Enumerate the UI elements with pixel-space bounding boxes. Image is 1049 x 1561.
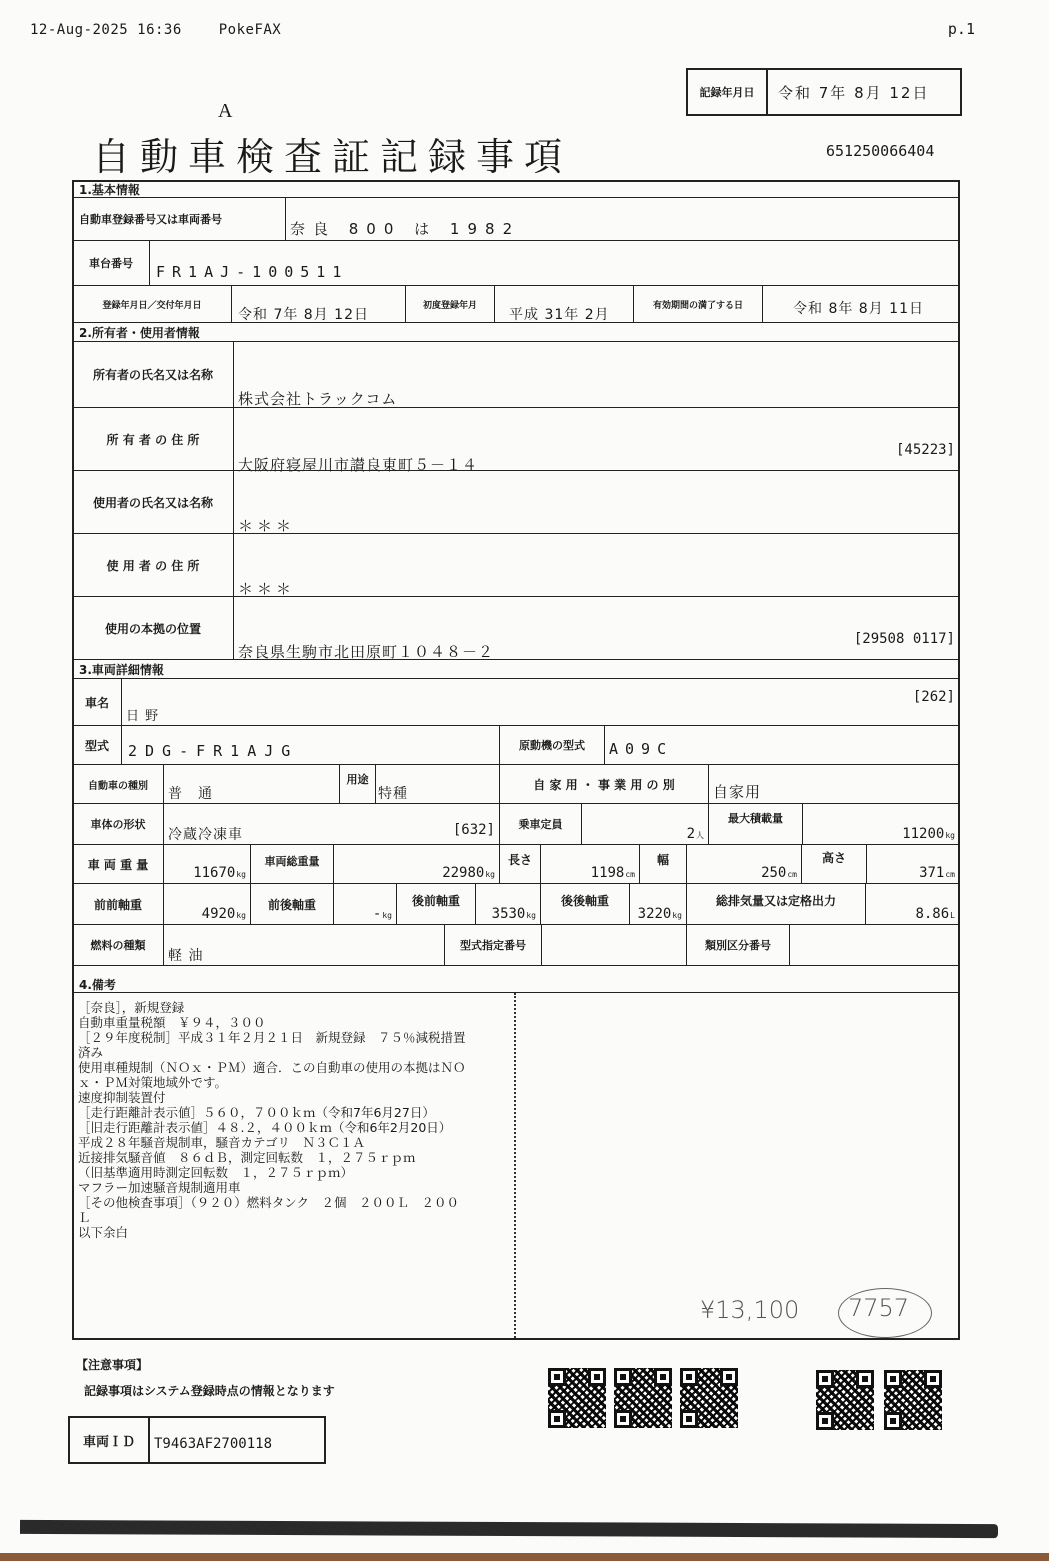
model-value: 2DG-FR1AJG: [128, 742, 298, 760]
rr-axle-number: 3220: [638, 906, 672, 922]
displacement-unit: L: [950, 911, 955, 920]
capacity-number: 2: [687, 826, 695, 842]
max-load-label: 最大積載量: [708, 803, 803, 845]
qr-code-2-icon: [614, 1368, 672, 1428]
remarks-text: ［奈良］，新規登録 自動車重量税額 ￥９４，３００ ［２９年度税制］平成３１年２…: [78, 1000, 518, 1240]
registration-number-label: 自動車登録番号又は車両番号: [72, 197, 286, 241]
registration-date-value: 令和 7年 8月 12日: [238, 304, 369, 324]
fr-axle-number: -: [373, 906, 381, 922]
vehicle-weight-unit: kg: [236, 870, 246, 879]
gross-weight-number: 22980: [442, 865, 484, 881]
registration-number-cell: 奈良 800 は 1982: [285, 197, 960, 241]
owner-address-code: [45223]: [896, 442, 955, 458]
section2-header: 2.所有者・使用者情報: [72, 322, 960, 342]
owner-name-label: 所有者の氏名又は名称: [72, 341, 234, 408]
max-load-value: 11200kg: [902, 826, 955, 842]
owner-name-value: 株式会社トラックコム: [238, 388, 397, 409]
width-label: 幅: [639, 844, 687, 884]
user-address-label: 使 用 者 の 住 所: [72, 533, 234, 597]
height-unit: cm: [945, 870, 955, 879]
registration-date-label: 登録年月日／交付年月日: [72, 285, 232, 323]
gross-weight-label: 車両総重量: [250, 844, 334, 884]
length-value: 1198cm: [591, 865, 635, 881]
ff-axle-number: 4920: [202, 906, 236, 922]
registration-date-cell: 令和 7年 8月 12日: [231, 285, 406, 323]
fr-axle-label: 前後軸重: [250, 883, 334, 925]
expiry-date-label: 有効期間の満了する日: [633, 285, 763, 323]
vehicle-class-value: 普 通: [168, 783, 213, 803]
fuel-value: 軽 油: [168, 945, 203, 965]
model-cell: 2DG-FR1AJG: [121, 725, 500, 765]
rr-axle-label: 後後軸重: [540, 883, 630, 925]
height-cell: 371cm: [866, 844, 960, 884]
make-label: 車名: [72, 678, 122, 726]
ff-axle-value: 4920kg: [202, 906, 246, 922]
fax-datetime: 12-Aug-2025 16:36: [30, 22, 182, 38]
document-page: 12-Aug-2025 16:36 PokeFAX p.1 記録年月日 令和 7…: [0, 0, 1049, 1561]
qr-code-5-icon: [884, 1370, 942, 1430]
type-designation-cell: [541, 924, 687, 966]
rf-axle-value: 3530kg: [492, 906, 536, 922]
length-number: 1198: [591, 865, 625, 881]
chassis-number-label: 車台番号: [72, 240, 150, 286]
base-location-cell: [29508 0117] 奈良県生駒市北田原町１０４８－２: [233, 596, 960, 660]
engine-model-label: 原動機の型式: [499, 725, 605, 765]
height-label: 高さ: [801, 844, 867, 884]
user-address-cell: ＊＊＊: [233, 533, 960, 597]
displacement-number: 8.86: [915, 906, 949, 922]
length-label: 長さ: [499, 844, 541, 884]
vehicle-weight-label: 車 両 重 量: [72, 844, 164, 884]
body-shape-value: 冷蔵冷凍車: [168, 824, 243, 844]
private-business-cell: 自家用: [708, 764, 960, 804]
handwritten-number: 7757: [848, 1294, 909, 1322]
handwritten-amount: ¥13,100: [700, 1296, 799, 1324]
use-cell: 特種: [375, 764, 500, 804]
rf-axle-number: 3530: [492, 906, 526, 922]
capacity-value: 2人: [687, 826, 704, 842]
user-name-label: 使用者の氏名又は名称: [72, 470, 234, 534]
fax-sender: PokeFAX: [219, 22, 282, 38]
section3-header: 3.車両詳細情報: [72, 659, 960, 679]
document-title: 自動車検査証記録事項: [92, 126, 572, 181]
model-label: 型式: [72, 725, 122, 765]
width-value: 250cm: [761, 865, 797, 881]
width-number: 250: [761, 865, 786, 881]
rr-axle-value: 3220kg: [638, 906, 682, 922]
width-unit: cm: [787, 870, 797, 879]
record-date-label: 記録年月日: [688, 70, 768, 114]
height-number: 371: [919, 865, 944, 881]
capacity-cell: 2人: [581, 803, 709, 845]
vehicle-id-box: 車両ＩＤ T9463AF2700118: [68, 1416, 326, 1464]
fuel-label: 燃料の種類: [72, 924, 164, 966]
fax-edge-bar: [20, 1520, 998, 1538]
user-name-cell: ＊＊＊: [233, 470, 960, 534]
rr-axle-cell: 3220kg: [629, 883, 687, 925]
width-cell: 250cm: [686, 844, 802, 884]
make-code: [262]: [913, 689, 955, 705]
max-load-cell: 11200kg: [802, 803, 960, 845]
owner-address-label: 所 有 者 の 住 所: [72, 407, 234, 471]
make-cell: [262] 日 野: [121, 678, 960, 726]
vehicle-class-label: 自動車の種別: [72, 764, 164, 804]
body-shape-label: 車体の形状: [72, 803, 164, 845]
length-cell: 1198cm: [540, 844, 640, 884]
page-number: p.1: [948, 20, 975, 38]
vehicle-weight-cell: 11670kg: [163, 844, 251, 884]
notes-header: 【注意事項】: [76, 1356, 148, 1373]
engine-model-value: A09C: [609, 740, 673, 758]
height-value: 371cm: [919, 865, 955, 881]
rr-axle-unit: kg: [672, 911, 682, 920]
max-load-unit: kg: [945, 831, 955, 840]
record-date-value: 令和 7年 8月 12日: [768, 82, 960, 103]
document-number: 651250066404: [826, 142, 934, 160]
vehicle-class-cell: 普 通: [163, 764, 340, 804]
gross-weight-value: 22980kg: [442, 865, 495, 881]
ff-axle-unit: kg: [236, 911, 246, 920]
displacement-label: 総排気量又は定格出力: [686, 883, 866, 925]
rf-axle-unit: kg: [526, 911, 536, 920]
vehicle-id-label: 車両ＩＤ: [70, 1418, 150, 1462]
rf-axle-label: 後前軸重: [396, 883, 476, 925]
body-shape-code: [632]: [453, 822, 495, 838]
ff-axle-label: 前前軸重: [72, 883, 164, 925]
use-value: 特種: [378, 783, 408, 803]
rf-axle-cell: 3530kg: [475, 883, 541, 925]
form-mark: A: [218, 100, 232, 123]
vehicle-weight-value: 11670kg: [193, 865, 246, 881]
fr-axle-cell: -kg: [333, 883, 397, 925]
fuel-cell: 軽 油: [163, 924, 445, 966]
gross-weight-unit: kg: [485, 870, 495, 879]
qr-code-3-icon: [680, 1368, 738, 1428]
owner-address-cell: [45223] 大阪府寝屋川市讃良東町５－１４: [233, 407, 960, 471]
qr-code-1-icon: [548, 1368, 606, 1428]
record-date-box: 記録年月日 令和 7年 8月 12日: [686, 68, 962, 116]
length-unit: cm: [625, 870, 635, 879]
category-number-label: 類別区分番号: [686, 924, 790, 966]
engine-model-cell: A09C: [604, 725, 960, 765]
vehicle-id-value: T9463AF2700118: [150, 1418, 324, 1462]
base-location-code: [29508 0117]: [854, 631, 955, 647]
fr-axle-value: -kg: [373, 906, 392, 922]
type-designation-label: 型式指定番号: [444, 924, 542, 966]
section4-header: 4.備考: [72, 965, 960, 993]
body-shape-cell: 冷蔵冷凍車 [632]: [163, 803, 500, 845]
capacity-label: 乗車定員: [499, 803, 582, 845]
fr-axle-unit: kg: [382, 911, 392, 920]
fax-header: 12-Aug-2025 16:36 PokeFAX: [30, 22, 309, 38]
qr-code-4-icon: [816, 1370, 874, 1430]
private-business-value: 自家用: [713, 781, 761, 802]
chassis-number-cell: FR1AJ-100511: [149, 240, 960, 286]
owner-name-cell: 株式会社トラックコム: [233, 341, 960, 408]
first-registration-label: 初度登録年月: [405, 285, 495, 323]
displacement-cell: 8.86L: [865, 883, 960, 925]
private-business-label: 自 家 用 ・ 事 業 用 の 別: [499, 764, 709, 804]
chassis-number-value: FR1AJ-100511: [156, 263, 348, 281]
capacity-unit: 人: [696, 831, 704, 840]
background-surface: [0, 1553, 1049, 1561]
expiry-date-cell: 令和 8年 8月 11日: [762, 285, 960, 323]
max-load-number: 11200: [902, 826, 944, 842]
vehicle-weight-number: 11670: [193, 865, 235, 881]
gross-weight-cell: 22980kg: [333, 844, 500, 884]
registration-number-value: 奈良 800 は 1982: [290, 218, 520, 239]
base-location-label: 使用の本拠の位置: [72, 596, 234, 660]
first-registration-value: 平成 31年 2月: [509, 304, 610, 324]
category-number-cell: [789, 924, 960, 966]
displacement-value: 8.86L: [915, 906, 955, 922]
section1-header: 1.基本情報: [72, 180, 960, 198]
use-label: 用途: [339, 764, 376, 804]
make-value: 日 野: [126, 705, 159, 724]
first-registration-cell: 平成 31年 2月: [494, 285, 634, 323]
ff-axle-cell: 4920kg: [163, 883, 251, 925]
notes-text: 記録事項はシステム登録時点の情報となります: [84, 1382, 335, 1399]
expiry-date-value: 令和 8年 8月 11日: [793, 298, 924, 318]
